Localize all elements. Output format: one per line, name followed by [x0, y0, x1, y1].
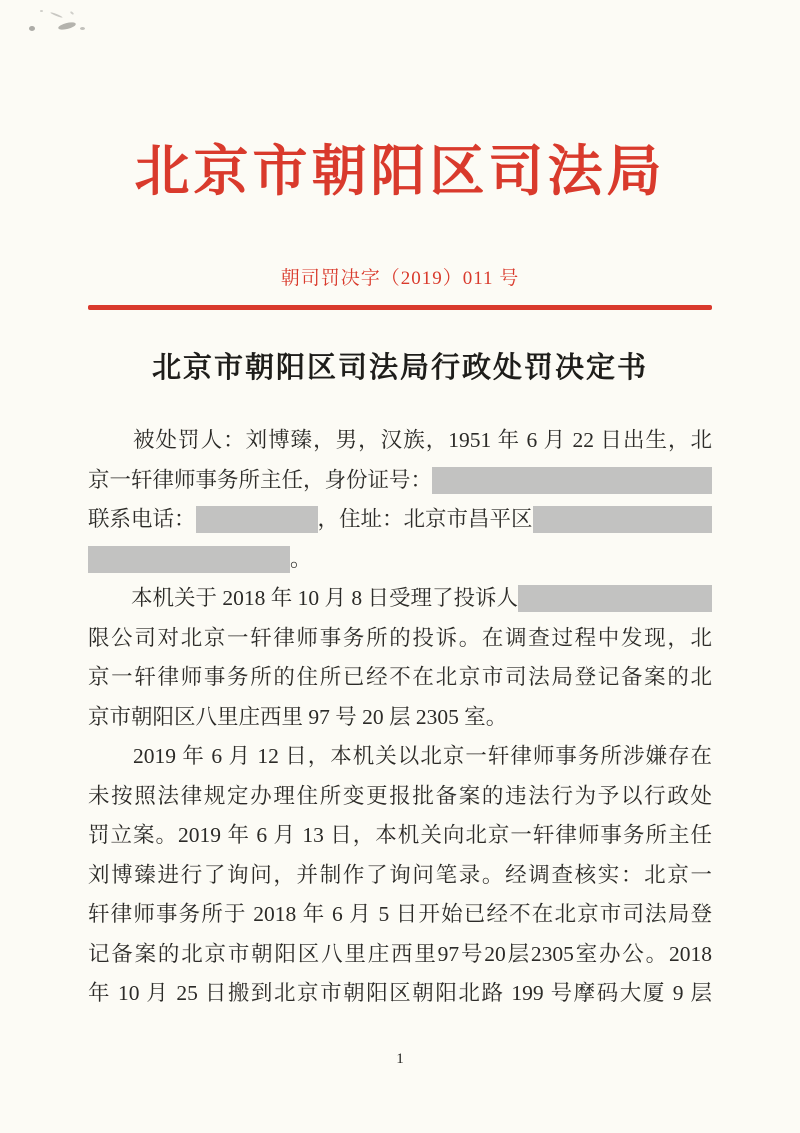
redaction-box: [196, 506, 318, 533]
body-text: 。: [290, 540, 312, 580]
body-text: 记备案的北京市朝阳区八里庄西里97号20层2305室办公。2018: [88, 942, 712, 966]
body-line: 刘博臻进行了询问，并制作了询问笔录。经调查核实：北京一: [88, 856, 712, 896]
body-line: 。: [88, 540, 712, 580]
body-text: 限公司对北京一轩律师事务所的投诉。在调查过程中发现，北: [88, 626, 712, 650]
body-text: 年 10 月 25 日搬到北京市朝阳区朝阳北路 199 号摩码大厦 9 层: [88, 981, 712, 1005]
body-line: 限公司对北京一轩律师事务所的投诉。在调查过程中发现，北: [88, 619, 712, 659]
pencil-marks: [0, 0, 140, 60]
body-line: 京市朝阳区八里庄西里 97 号 20 层 2305 室。: [88, 698, 712, 738]
redaction-box: [88, 546, 290, 573]
document-body: 被处罚人：刘博臻，男，汉族，1951 年 6 月 22 日出生，北京一轩律师事务…: [88, 421, 712, 1014]
body-text: ，住址：北京市昌平区: [318, 500, 533, 540]
body-text: 联系电话：: [88, 500, 196, 540]
body-line: 被处罚人：刘博臻，男，汉族，1951 年 6 月 22 日出生，北: [88, 421, 712, 461]
document-title: 北京市朝阳区司法局行政处罚决定书: [0, 349, 800, 387]
body-line: 记备案的北京市朝阳区八里庄西里97号20层2305室办公。2018: [88, 935, 712, 975]
body-text: 京一轩律师事务所主任，身份证号：: [88, 461, 432, 501]
agency-header: 北京市朝阳区司法局: [0, 141, 800, 203]
body-text: 未按照法律规定办理住所变更报批备案的违法行为予以行政处: [88, 784, 712, 808]
body-text: 2019 年 6 月 12 日，本机关以北京一轩律师事务所涉嫌存在: [88, 744, 712, 768]
body-line: 未按照法律规定办理住所变更报批备案的违法行为予以行政处: [88, 777, 712, 817]
body-text: 京一轩律师事务所的住所已经不在北京市司法局登记备案的北: [88, 665, 712, 689]
body-line: 京一轩律师事务所的住所已经不在北京市司法局登记备案的北: [88, 658, 712, 698]
body-text: 京市朝阳区八里庄西里 97 号 20 层 2305 室。: [88, 705, 507, 729]
body-line: 京一轩律师事务所主任，身份证号：: [88, 461, 712, 501]
document-number: 朝司罚决字（2019）011 号: [0, 265, 800, 293]
redaction-box: [533, 506, 712, 533]
body-line: 本机关于 2018 年 10 月 8 日受理了投诉人: [88, 579, 712, 619]
body-text: 罚立案。2019 年 6 月 13 日，本机关向北京一轩律师事务所主任: [88, 823, 712, 847]
document-page: 北京市朝阳区司法局 朝司罚决字（2019）011 号 北京市朝阳区司法局行政处罚…: [0, 0, 800, 1133]
body-line: 年 10 月 25 日搬到北京市朝阳区朝阳北路 199 号摩码大厦 9 层: [88, 974, 712, 1014]
redaction-box: [518, 585, 712, 612]
body-line: 轩律师事务所于 2018 年 6 月 5 日开始已经不在北京市司法局登: [88, 895, 712, 935]
redaction-box: [432, 467, 712, 494]
body-line: 罚立案。2019 年 6 月 13 日，本机关向北京一轩律师事务所主任: [88, 816, 712, 856]
page-number: 1: [0, 1049, 800, 1069]
body-text: 被处罚人：刘博臻，男，汉族，1951 年 6 月 22 日出生，北: [88, 428, 712, 452]
body-text: 刘博臻进行了询问，并制作了询问笔录。经调查核实：北京一: [88, 863, 712, 887]
body-line: 联系电话：，住址：北京市昌平区: [88, 500, 712, 540]
body-text: 本机关于 2018 年 10 月 8 日受理了投诉人: [88, 579, 518, 619]
red-divider: [88, 305, 712, 310]
body-text: 轩律师事务所于 2018 年 6 月 5 日开始已经不在北京市司法局登: [88, 902, 712, 926]
body-line: 2019 年 6 月 12 日，本机关以北京一轩律师事务所涉嫌存在: [88, 737, 712, 777]
